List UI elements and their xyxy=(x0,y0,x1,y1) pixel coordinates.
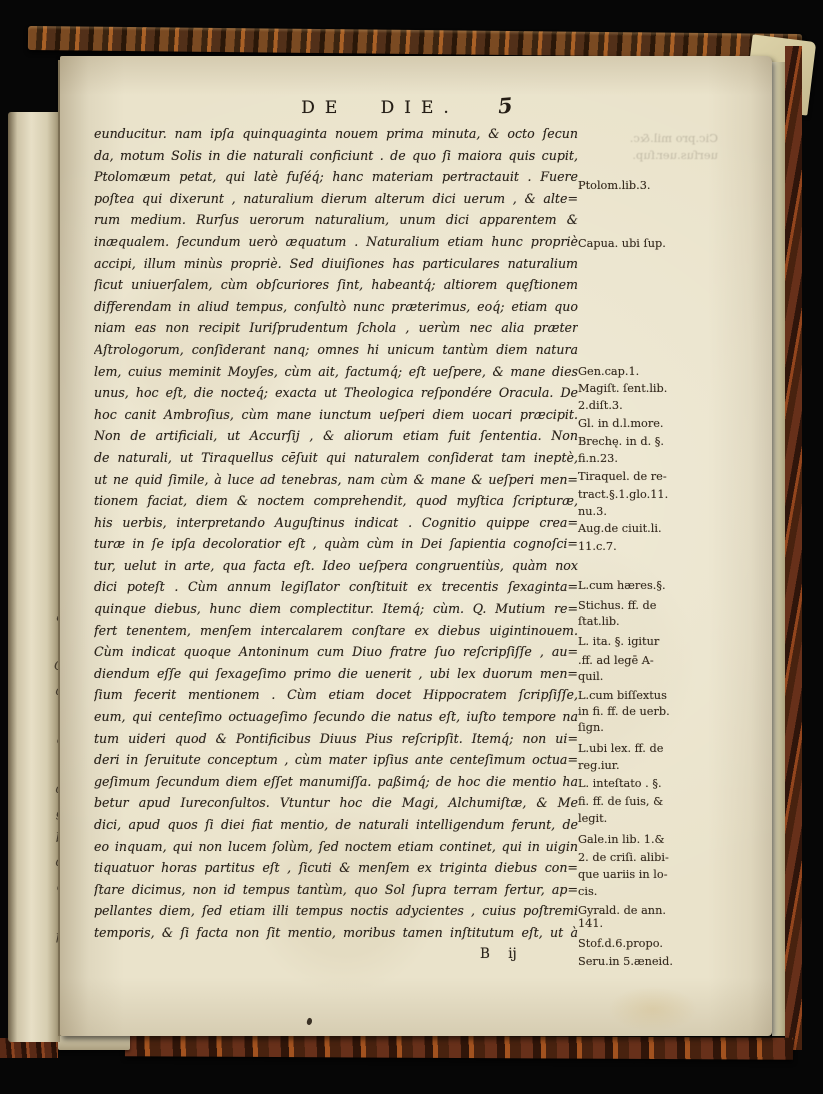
text-line: Cùm indicat quoque Antoninum cum Diuo fr… xyxy=(94,644,578,666)
margin-note: fi.n.23. xyxy=(578,451,618,466)
book-head-edge xyxy=(28,26,802,58)
margin-note: L. inteſtato . §. xyxy=(578,776,662,791)
margin-note: Tiraquel. de re- xyxy=(578,469,667,484)
facing-page-edge: qfCdſctdgbdcſp xyxy=(8,112,60,1042)
text-line: geſimum ſecundum diem eſſet manumiſſa. p… xyxy=(94,774,578,796)
book-page: Cic.pro mil.&c.uerſus.uer.ſup. DE DIE. 5… xyxy=(60,56,772,1036)
margin-note: .ff. ad legē A- xyxy=(578,653,654,668)
ink-speck xyxy=(306,1017,313,1025)
margin-note: Seru.in 5.æneid. xyxy=(578,954,673,969)
margin-note: L.cum hæres.§. xyxy=(578,578,666,593)
text-line: eo inquam, qui non lucem ſolùm, ſed noct… xyxy=(94,839,578,861)
margin-note: 11.c.7. xyxy=(578,539,617,554)
margin-note: Brechę. in d. §. xyxy=(578,434,664,449)
margin-note: quil. xyxy=(578,669,603,684)
text-line: dici, apud quos ſi diei fiat mentio, de … xyxy=(94,817,578,839)
margin-notes: Ptolom.lib.3.Capua. ubi ſup.Gen.cap.1.Ma… xyxy=(578,56,750,1036)
folio-number: 5 xyxy=(497,93,513,119)
margin-note: L. ita. §. igitur xyxy=(578,634,659,649)
margin-note: Gen.cap.1. xyxy=(578,364,639,379)
text-line: tur, uelut in arte, qua facta eſt. Ideo … xyxy=(94,558,578,580)
text-line: accipi, illum minùs propriè. Sed diuiſio… xyxy=(94,256,578,278)
margin-note: ſign. xyxy=(578,720,604,735)
margin-note: tract.§.1.glo.11. xyxy=(578,487,668,502)
margin-note: ſtat.lib. xyxy=(578,614,620,629)
text-line: poſtea qui dixerunt , naturalium dierum … xyxy=(94,191,578,213)
text-line: unus, hoc eſt, die nocteq́; exacta ut Th… xyxy=(94,385,578,407)
text-line: ſicut uniuerſalem, cùm obſcuriores ſint,… xyxy=(94,277,578,299)
margin-note: Gl. in d.l.more. xyxy=(578,416,664,431)
fore-edge xyxy=(772,62,785,1036)
text-line: eunducitur. nam ipſa quinquaginta nouem … xyxy=(94,126,578,148)
margin-note: Ptolom.lib.3. xyxy=(578,178,651,193)
text-line: niam eas non recipit Iuriſprudentum ſcho… xyxy=(94,320,578,342)
text-line: Aſtrologorum, conſiderant nanq; omnes hi… xyxy=(94,342,578,364)
text-line: turæ in ſe ipſa decoloratior eſt , quàm … xyxy=(94,536,578,558)
margin-note: L.ubi lex. ff. de xyxy=(578,741,663,756)
text-line: pellantes diem, ſed etiam illi tempus no… xyxy=(94,903,578,925)
text-block: eunducitur. nam ipſa quinquaginta nouem … xyxy=(94,126,578,947)
text-line: diendum eſſe qui ſexageſimo primo die ue… xyxy=(94,666,578,688)
margin-note: in fi. ff. de uerb. xyxy=(578,704,670,719)
text-line: tiquatuor horas partitus eſt , ſicuti & … xyxy=(94,860,578,882)
text-line: differendam in aliud tempus, conſultò nu… xyxy=(94,299,578,321)
text-line: eum, qui centeſimo octuageſimo ſecundo d… xyxy=(94,709,578,731)
text-line: his uerbis, interpretando Auguſtinus ind… xyxy=(94,515,578,537)
text-line: tum uideri quod & Pontificibus Diuus Piu… xyxy=(94,731,578,753)
text-line: betur apud Iureconſultos. Vtuntur hoc di… xyxy=(94,795,578,817)
text-line: tionem faciat, diem & noctem comprehendi… xyxy=(94,493,578,515)
text-line: dici poteſt . Cùm annum legiſlator conſt… xyxy=(94,579,578,601)
margin-note: legit. xyxy=(578,811,607,826)
text-line: ſtare dicimus, non id tempus tantùm, quo… xyxy=(94,882,578,904)
text-line: lem, cuius meminit Moyſes, cùm ait, fact… xyxy=(94,364,578,386)
marbled-cover-right xyxy=(785,46,802,1050)
margin-note: que uariis in lo- xyxy=(578,867,668,882)
margin-note: 2.diſt.3. xyxy=(578,398,623,413)
text-line: temporis, & ſi facta non ſit mentio, mor… xyxy=(94,925,578,947)
margin-note: Gale.in lib. 1.& xyxy=(578,832,665,847)
margin-note: fi. ff. de ſuis, & xyxy=(578,794,663,809)
marbled-cover-bottom xyxy=(125,1034,793,1059)
signature-mark: B ij xyxy=(480,946,517,962)
text-line: inæqualem. ſecundum uerò æquatum . Natur… xyxy=(94,234,578,256)
text-line: ut ne quid ſimile, à luce ad tenebras, n… xyxy=(94,472,578,494)
margin-note: Stichus. ff. de xyxy=(578,598,656,613)
margin-note: cis. xyxy=(578,884,597,899)
text-line: fert tenentem, menſem intercalarem conſt… xyxy=(94,623,578,645)
text-line: deri in ſeruitute conceptum , cùm mater … xyxy=(94,752,578,774)
text-line: de naturali, ut Tiraquellus cēſuit qui n… xyxy=(94,450,578,472)
margin-note: nu.3. xyxy=(578,504,607,519)
margin-note: L.cum biſſextus xyxy=(578,688,667,703)
photo-background: qfCdſctdgbdcſp Cic.pro mil.&c.uerſus.uer… xyxy=(0,0,823,1094)
text-line: da, motum Solis in die naturali conficiu… xyxy=(94,148,578,170)
margin-note: Aug.de ciuit.li. xyxy=(578,521,662,536)
margin-note: 2. de criſi. alibi- xyxy=(578,850,669,865)
text-line: Non de artificiali, ut Accurſij , & alio… xyxy=(94,428,578,450)
text-line: hoc canit Ambroſius, cùm mane iunctum ue… xyxy=(94,407,578,429)
text-line: rum medium. Rurſus uerorum naturalium, u… xyxy=(94,212,578,234)
text-line: ſium fecerit mentionem . Cùm etiam docet… xyxy=(94,687,578,709)
text-line: Ptolomæum petat, qui latè fuſéq́; hanc m… xyxy=(94,169,578,191)
margin-note: Magiſt. ſent.lib. xyxy=(578,381,667,396)
text-line: quinque diebus, hunc diem complectitur. … xyxy=(94,601,578,623)
margin-note: Capua. ubi ſup. xyxy=(578,236,666,251)
margin-note: reg.iur. xyxy=(578,758,620,773)
margin-note: Stof.d.6.propo. xyxy=(578,936,663,951)
margin-note: 141. xyxy=(578,916,603,931)
